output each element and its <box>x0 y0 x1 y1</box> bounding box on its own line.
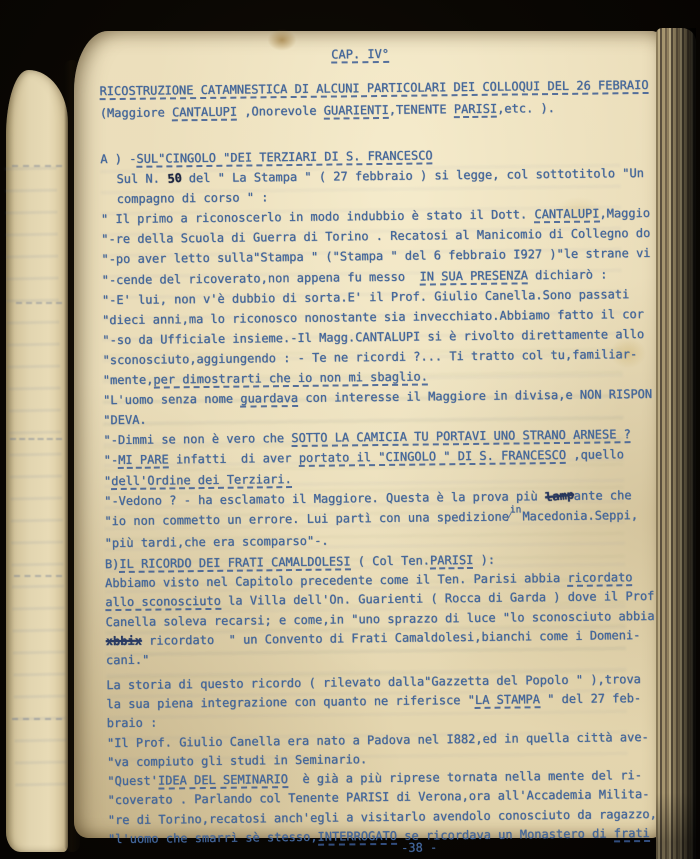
text-segment: ,Maggio <box>599 206 650 221</box>
underlined-text: IN SUA PRESENZA <box>419 268 528 285</box>
text-segment: "va compiuto gli studi in Seminario. <box>107 752 367 769</box>
text-segment: (Maggiore <box>100 105 172 120</box>
underlined-text: RICOSTRUZIONE CATAMNESTICA DI ALCUNI PAR… <box>99 78 648 100</box>
text-segment: ,quello <box>566 448 624 463</box>
underlined-text: PARISI <box>454 102 498 118</box>
text-segment: Canella soleva recarsi; e come,in "uno s… <box>105 609 654 629</box>
underlined-text: CANTALUPI <box>172 105 237 122</box>
struck-out-text: xbbix <box>106 634 142 648</box>
underlined-text: dell'Ordine dei Terziari. <box>111 472 292 490</box>
text-segment: Abbiamo visto nel Capitolo precedente co… <box>105 571 568 590</box>
underlined-text: portato il "CINGOLO " DI S. FRANCESCO <box>299 448 566 467</box>
text-segment: compagno di corso " : <box>117 190 269 206</box>
document-page: CAP. IV°RICOSTRUZIONE CATAMNESTICA DI AL… <box>74 31 662 838</box>
text-segment: "L'uomo senza nome <box>103 392 240 408</box>
text-segment: con interesse il Maggiore in divisa,e NO… <box>298 387 652 405</box>
fore-edge-page-stack <box>656 28 696 859</box>
text-segment: "-cende del ricoverato,non appena fu mes… <box>102 269 420 287</box>
text-segment: ,etc. ). <box>497 101 555 116</box>
text-line: CAP. IV° <box>99 40 621 68</box>
text-segment: dichiarò : <box>528 267 608 282</box>
text-segment: "sconosciuto,aggiungendo : - Te ne ricor… <box>103 347 638 367</box>
text-segment: "-Dimmi se non è vero che <box>103 431 291 447</box>
typewritten-text: CAP. IV°RICOSTRUZIONE CATAMNESTICA DI AL… <box>99 40 670 859</box>
page-header: CAP. IV°RICOSTRUZIONE CATAMNESTICA DI AL… <box>99 40 662 124</box>
handwritten-correction: 50 <box>166 168 182 189</box>
text-segment: ,TENENTE <box>389 102 454 117</box>
handwritten-correction: lamp <box>544 484 575 507</box>
underlined-text: IDEA DEL SEMINARIO <box>158 772 288 789</box>
underlined-text: MI PARE <box>118 453 169 470</box>
text-segment: ,Onorevole <box>237 104 324 119</box>
bleed-through-texture <box>4 160 67 801</box>
text-segment: "Il Prof. Giulio Canella era nato a Pado… <box>107 730 649 750</box>
text-segment: cani." <box>106 653 150 667</box>
page-number-text: -38 - <box>401 841 437 855</box>
text-segment: "-po aver letto sulla"Stampa " ("Stampa … <box>101 246 650 266</box>
text-segment: "coverato . Parlando col Tenente PARISI … <box>107 787 649 807</box>
bleed-through-smudge <box>10 438 62 440</box>
inserted-word: in <box>510 500 522 520</box>
text-segment: è già a più riprese tornata nella mente … <box>288 768 642 786</box>
bleed-through-smudge <box>16 302 62 304</box>
text-segment: ante che <box>574 488 632 503</box>
text-segment: del " La Stampa " ( 27 febbraio ) si leg… <box>181 166 644 185</box>
section-b: B)IL RICORDO DEI FRATI CAMALDOLESI ( Col… <box>105 549 670 850</box>
underlined-text: guardava <box>240 391 298 408</box>
underlined-text: per dimostrarti che io non mi sbaglio. <box>153 370 428 389</box>
underlined-text: ricordato <box>567 570 632 587</box>
underlined-text: IL RICORDO DEI FRATI CAMALDOLESI <box>119 554 350 573</box>
text-segment: la sua piena integrazione con quanto ne … <box>106 693 475 711</box>
text-segment: la Villa dell'On. Guarienti ( Rocca di G… <box>221 589 655 608</box>
text-segment: "Quest' <box>107 774 158 789</box>
section-a: A ) -SUL"CINGOLO "DEI TERZIARI DI S. FRA… <box>100 143 667 553</box>
underlined-text: GUARIENTI <box>324 103 389 120</box>
previous-page-edge <box>6 70 68 852</box>
bleed-through-smudge <box>14 575 62 577</box>
text-segment: "mente, <box>103 373 154 388</box>
text-segment: " del 27 feb- <box>540 691 641 706</box>
text-segment: "-E' lui, non v'è dubbio di sorta.E' il … <box>102 287 630 307</box>
text-segment: Sul N. <box>116 172 167 187</box>
text-segment: ( Col Ten. <box>350 553 430 568</box>
text-segment: La storia di questo ricordo ( rilevato d… <box>106 672 641 692</box>
text-segment: "più tardi,che era scomparso"-. <box>105 533 329 550</box>
text-segment: ricordato " un Convento di Frati Camaldo… <box>142 628 641 648</box>
text-segment: braio : <box>107 716 158 731</box>
underlined-text: PARISI <box>430 553 474 569</box>
underlined-text: SUL"CINGOLO "DEI TERZIARI DI S. FRANCESC… <box>136 148 432 167</box>
bleed-through-smudge <box>12 165 62 167</box>
text-segment: "re di Torino,recatosi anch'egli a visit… <box>108 807 657 827</box>
text-segment: "dieci anni,ma lo riconosco nonostante s… <box>102 307 644 327</box>
book-photo: CAP. IV°RICOSTRUZIONE CATAMNESTICA DI AL… <box>0 0 700 859</box>
text-segment: "DEVA. <box>103 413 147 427</box>
text-segment: " Il primo a riconoscerlo in modo indubb… <box>101 208 535 227</box>
underlined-text: CANTALUPI <box>534 207 599 224</box>
text-segment: "-Vedono ? - ha esclamato il Maggiore. Q… <box>104 489 545 508</box>
underlined-text: CAP. IV° <box>331 47 389 64</box>
text-segment: ): <box>473 553 495 567</box>
text-segment: infatti di aver <box>169 451 299 466</box>
text-segment: B) <box>105 557 120 571</box>
text-segment: Macedonia.Seppi, <box>522 508 638 523</box>
text-segment: A ) - <box>100 152 136 166</box>
bleed-through-smudge <box>12 718 62 720</box>
underlined-text: LA STAMPA <box>475 692 540 709</box>
underlined-text: allo sconosciuto <box>105 594 221 611</box>
text-segment: "- <box>104 453 119 467</box>
text-segment: "io non commetto un errore. Lui partì co… <box>104 509 509 528</box>
